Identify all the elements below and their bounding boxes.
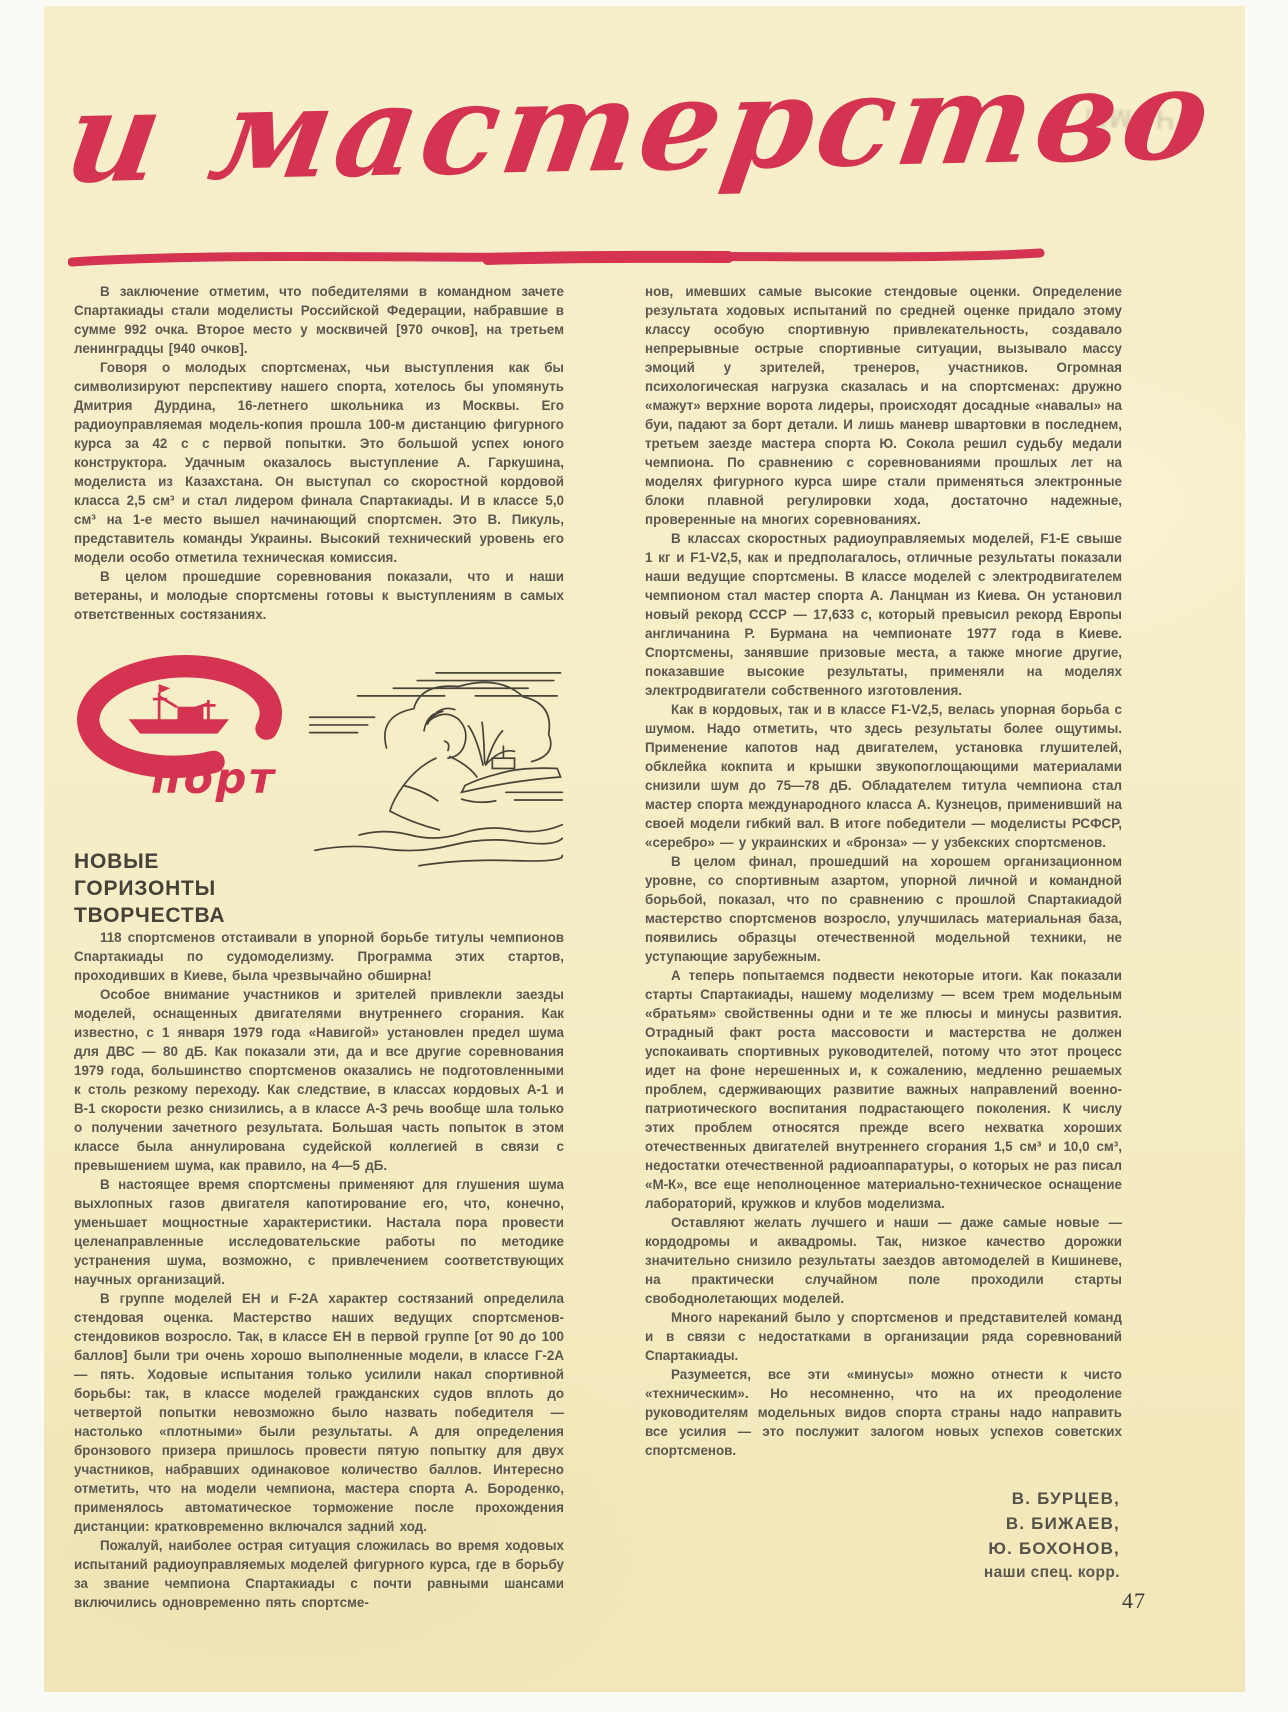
water-wave bbox=[315, 838, 562, 850]
paragraph: Разумеется, все эти «минусы» можно отнес… bbox=[645, 1365, 1122, 1460]
right-column: нов, имевших самые высокие стендовые оце… bbox=[645, 282, 1122, 1582]
paragraph: Много нареканий было у спортсменов и пре… bbox=[645, 1308, 1122, 1365]
magazine-page: ЧАММ и мастерство В заключение отметим, … bbox=[44, 6, 1245, 1692]
paragraph: В классах скоростных радиоуправляемых мо… bbox=[645, 529, 1122, 700]
sport-logo-block: порт НОВЫЕ ГОРИЗОНТЫ ТВОРЧЕСТВА bbox=[74, 640, 302, 906]
paragraph: В целом финал, прошедший на хорошем орга… bbox=[645, 852, 1122, 966]
list-item: В. БИЖАЕВ, bbox=[645, 1511, 1120, 1536]
left-column: В заключение отметим, что победителями в… bbox=[74, 282, 564, 1612]
right-column-paragraphs: нов, имевших самые высокие стендовые оце… bbox=[645, 282, 1122, 1460]
left-column-top-paragraphs: В заключение отметим, что победителями в… bbox=[74, 282, 564, 624]
model-boat-superstructure bbox=[492, 758, 514, 768]
boy-with-model-boat-illustration bbox=[308, 640, 564, 902]
section-heading: НОВЫЕ ГОРИЗОНТЫ ТВОРЧЕСТВА bbox=[74, 848, 302, 929]
paragraph: В заключение отметим, что победителями в… bbox=[74, 282, 564, 358]
cloud-outline bbox=[385, 682, 551, 761]
heading-line-1: НОВЫЕ ГОРИЗОНТЫ bbox=[74, 848, 302, 902]
paragraph: В настоящее время спортсмены применяют д… bbox=[74, 1175, 564, 1289]
signature-role: наши спец. корр. bbox=[645, 1564, 1120, 1582]
boy-head bbox=[429, 714, 466, 758]
left-column-bottom-paragraphs: 118 спортсменов отстаивали в упорной бор… bbox=[74, 928, 564, 1612]
paragraph: Говоря о молодых спортсменах, чьи выступ… bbox=[74, 358, 564, 567]
title-underline-swoosh bbox=[68, 246, 1050, 272]
boy-hair bbox=[424, 708, 455, 730]
paragraph: Особое внимание участников и зрителей пр… bbox=[74, 985, 564, 1175]
list-item: В. БУРЦЕВ, bbox=[645, 1486, 1120, 1511]
paragraph: Оставляют желать лучшего и наши — даже с… bbox=[645, 1213, 1122, 1308]
figure-row: порт НОВЫЕ ГОРИЗОНТЫ ТВОРЧЕСТВА bbox=[74, 640, 564, 906]
paragraph: Пожалуй, наиболее острая ситуация сложил… bbox=[74, 1536, 564, 1612]
paragraph: В группе моделей ЕН и F-2А характер сост… bbox=[74, 1289, 564, 1536]
paragraph: Как в кордовых, так и в классе F1-V2,5, … bbox=[645, 700, 1122, 852]
signature-block: В. БУРЦЕВ,В. БИЖАЕВ,Ю. БОХОНОВ, наши спе… bbox=[645, 1486, 1122, 1582]
heading-line-2: ТВОРЧЕСТВА bbox=[74, 902, 302, 929]
sport-logo: порт bbox=[74, 646, 298, 814]
water-wave bbox=[419, 855, 562, 865]
boy-back bbox=[390, 758, 436, 811]
signature-names: В. БУРЦЕВ,В. БИЖАЕВ,Ю. БОХОНОВ, bbox=[645, 1486, 1120, 1561]
logo-word: порт bbox=[151, 754, 277, 804]
model-boat-hull bbox=[462, 768, 561, 792]
paragraph: нов, имевших самые высокие стендовые оце… bbox=[645, 282, 1122, 529]
paragraph: А теперь попытаемся подвести некоторые и… bbox=[645, 966, 1122, 1213]
paragraph: 118 спортсменов отстаивали в упорной бор… bbox=[74, 928, 564, 985]
ship-icon bbox=[130, 685, 229, 733]
paragraph: В целом прошедшие соревнования показали,… bbox=[74, 567, 564, 624]
water-wave bbox=[359, 825, 562, 838]
page-number: 47 bbox=[1122, 1588, 1146, 1614]
boy-arm bbox=[390, 811, 439, 830]
page-title: и мастерство bbox=[57, 41, 1094, 213]
list-item: Ю. БОХОНОВ, bbox=[645, 1536, 1120, 1561]
